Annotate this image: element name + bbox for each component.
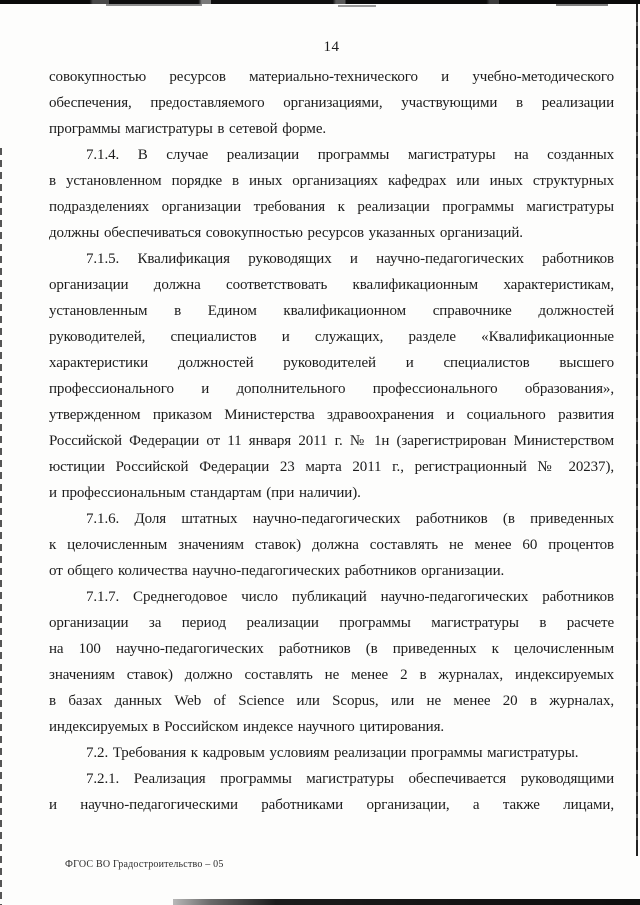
text-line: программы магистратуры в сетевой форме. [49,116,614,142]
text-line: характеристики должностей руководителей … [49,350,614,376]
scan-artifact-right-edge [636,4,638,856]
text-line: 7.1.4. В случае реализации программы маг… [49,142,614,168]
text-line: на 100 научно-педагогических работников … [49,636,614,662]
text-line: 7.1.7. Среднегодовое число публикаций на… [49,584,614,610]
scan-artifact-top-edge [0,0,640,4]
paragraph: 7.1.4. В случае реализации программы маг… [49,142,614,246]
page-number: 14 [49,39,614,56]
text-line: и научно-педагогическими работниками орг… [49,792,614,818]
text-line: Российской Федерации от 11 января 2011 г… [49,428,614,454]
scan-artifact-left-edge [0,148,2,905]
text-line: юстиции Российской Федерации 23 марта 20… [49,454,614,480]
text-line: совокупностью ресурсов материально-техни… [49,64,614,90]
text-line: должны обеспечиваться совокупностью ресу… [49,220,614,246]
text-line: профессионального и дополнительного проф… [49,376,614,402]
text-line: к целочисленным значениям ставок) должна… [49,532,614,558]
text-line: значениям ставок) должно составлять не м… [49,662,614,688]
scan-artifact-top-fragment [106,4,202,6]
paragraph: 7.1.5. Квалификация руководящих и научно… [49,246,614,506]
paragraph: 7.1.6. Доля штатных научно-педагогически… [49,506,614,584]
scanned-document-page: 14 совокупностью ресурсов материально-те… [0,0,640,905]
text-line: обеспечения, предоставляемого организаци… [49,90,614,116]
text-line: руководителей, специалистов и служащих, … [49,324,614,350]
text-line: утвержденном приказом Министерства здрав… [49,402,614,428]
paragraph: 7.1.7. Среднегодовое число публикаций на… [49,584,614,740]
text-line: подразделениях организации требования к … [49,194,614,220]
footer-doc-code: ФГОС ВО Градостроительство – 05 [65,859,224,870]
text-line: в установленном порядке в иных организац… [49,168,614,194]
text-line: установленным в Едином квалификационном … [49,298,614,324]
text-line: индексируемых в Российском индексе научн… [49,714,614,740]
text-line: 7.2. Требования к кадровым условиям реал… [49,740,614,766]
text-line: организации должна соответствовать квали… [49,272,614,298]
text-line: 7.1.6. Доля штатных научно-педагогически… [49,506,614,532]
scan-artifact-bottom-edge [173,899,640,905]
scan-artifact-top-fragment [338,5,376,7]
text-line: 7.2.1. Реализация программы магистратуры… [49,766,614,792]
document-body: совокупностью ресурсов материально-техни… [49,64,614,818]
text-line: 7.1.5. Квалификация руководящих и научно… [49,246,614,272]
text-line: и профессиональным стандартам (при налич… [49,480,614,506]
text-line: организации за период реализации програм… [49,610,614,636]
paragraph: 7.2. Требования к кадровым условиям реал… [49,740,614,766]
text-line: в базах данных Web of Science или Scopus… [49,688,614,714]
text-line: от общего количества научно-педагогическ… [49,558,614,584]
paragraph: 7.2.1. Реализация программы магистратуры… [49,766,614,818]
paragraph: совокупностью ресурсов материально-техни… [49,64,614,142]
scan-artifact-top-fragment [556,4,608,6]
